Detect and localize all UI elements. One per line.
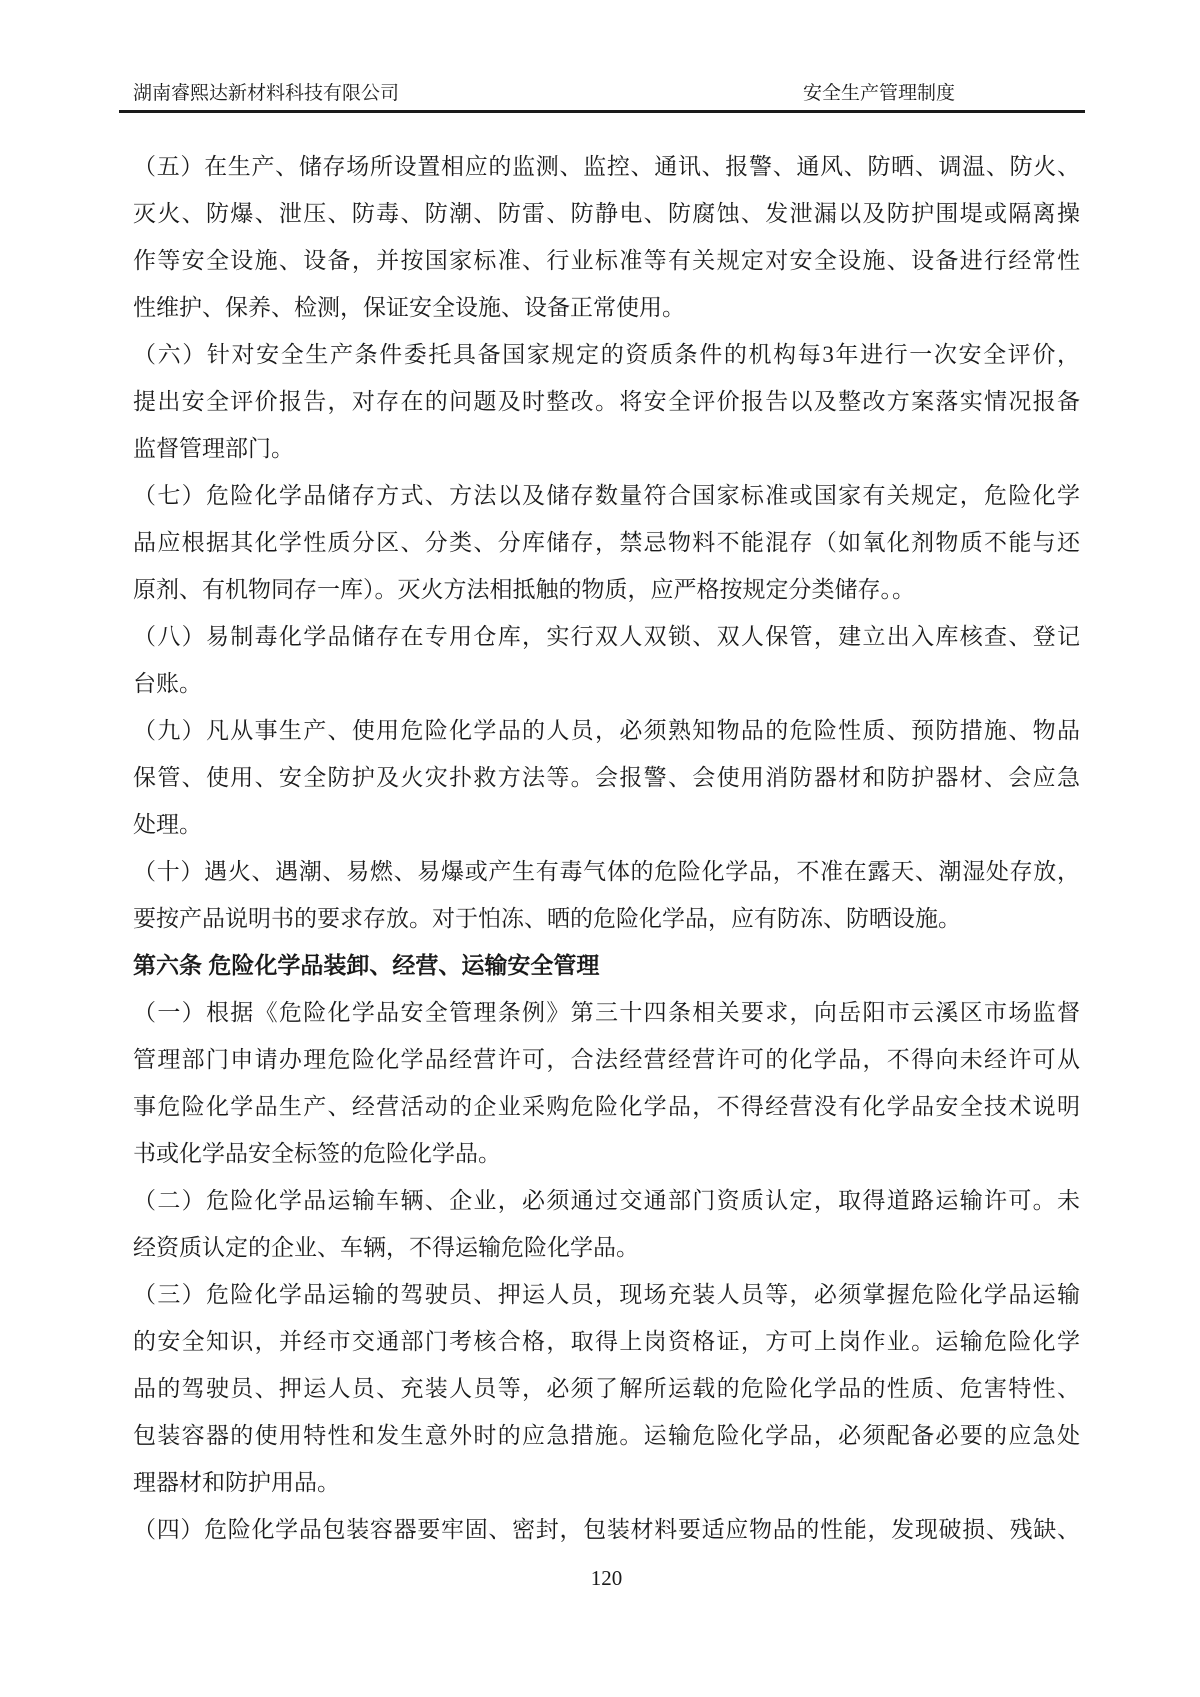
text-line: 经资质认定的企业、车辆，不得运输危险化学品。 bbox=[133, 1224, 1080, 1271]
text-line: （七）危险化学品储存方式、方法以及储存数量符合国家标准或国家有关规定，危险化学 bbox=[133, 472, 1080, 519]
text-line: 原剂、有机物同存一库）。灭火方法相抵触的物质，应严格按规定分类储存。。 bbox=[133, 566, 1080, 613]
text-line: （六）针对安全生产条件委托具备国家规定的资质条件的机构每3年进行一次安全评价， bbox=[133, 331, 1080, 378]
text-line: 事危险化学品生产、经营活动的企业采购危险化学品，不得经营没有化学品安全技术说明 bbox=[133, 1083, 1080, 1130]
document-page: 湖南睿熙达新材料科技有限公司 安全生产管理制度 （五）在生产、储存场所设置相应的… bbox=[0, 0, 1200, 1697]
header-doc-title: 安全生产管理制度 bbox=[803, 78, 955, 105]
text-line: 提出安全评价报告，对存在的问题及时整改。将安全评价报告以及整改方案落实情况报备 bbox=[133, 378, 1080, 425]
text-line: 理器材和防护用品。 bbox=[133, 1459, 1080, 1506]
header-divider bbox=[119, 110, 1085, 113]
text-line: 书或化学品安全标签的危险化学品。 bbox=[133, 1130, 1080, 1177]
text-line: 包装容器的使用特性和发生意外时的应急措施。运输危险化学品，必须配备必要的应急处 bbox=[133, 1412, 1080, 1459]
text-line: （二）危险化学品运输车辆、企业，必须通过交通部门资质认定，取得道路运输许可。未 bbox=[133, 1177, 1080, 1224]
text-line: （四）危险化学品包装容器要牢固、密封，包装材料要适应物品的性能，发现破损、残缺、 bbox=[133, 1506, 1080, 1553]
text-line: 作等安全设施、设备，并按国家标准、行业标准等有关规定对安全设施、设备进行经常性 bbox=[133, 237, 1080, 284]
text-line: 的安全知识，并经市交通部门考核合格，取得上岗资格证，方可上岗作业。运输危险化学 bbox=[133, 1318, 1080, 1365]
text-line: （五）在生产、储存场所设置相应的监测、监控、通讯、报警、通风、防晒、调温、防火、 bbox=[133, 143, 1080, 190]
text-line: （三）危险化学品运输的驾驶员、押运人员，现场充装人员等，必须掌握危险化学品运输 bbox=[133, 1271, 1080, 1318]
page-footer: 120 bbox=[133, 1566, 1080, 1591]
text-line: 品的驾驶员、押运人员、充装人员等，必须了解所运载的危险化学品的性质、危害特性、 bbox=[133, 1365, 1080, 1412]
text-line: 灭火、防爆、泄压、防毒、防潮、防雷、防静电、防腐蚀、发泄漏以及防护围堤或隔离操 bbox=[133, 190, 1080, 237]
text-line: 台账。 bbox=[133, 660, 1080, 707]
text-line: 要按产品说明书的要求存放。对于怕冻、晒的危险化学品，应有防冻、防晒设施。 bbox=[133, 895, 1080, 942]
text-line: 处理。 bbox=[133, 801, 1080, 848]
text-line: （九）凡从事生产、使用危险化学品的人员，必须熟知物品的危险性质、预防措施、物品 bbox=[133, 707, 1080, 754]
text-line: 保管、使用、安全防护及火灾扑救方法等。会报警、会使用消防器材和防护器材、会应急 bbox=[133, 754, 1080, 801]
text-line: （一）根据《危险化学品安全管理条例》第三十四条相关要求，向岳阳市云溪区市场监督 bbox=[133, 989, 1080, 1036]
section-heading: 第六条 危险化学品装卸、经营、运输安全管理 bbox=[133, 942, 1080, 989]
text-line: 品应根据其化学性质分区、分类、分库储存，禁忌物料不能混存（如氧化剂物质不能与还 bbox=[133, 519, 1080, 566]
text-line: （八）易制毒化学品储存在专用仓库，实行双人双锁、双人保管，建立出入库核查、登记 bbox=[133, 613, 1080, 660]
text-line: 性维护、保养、检测，保证安全设施、设备正常使用。 bbox=[133, 284, 1080, 331]
header-company-name: 湖南睿熙达新材料科技有限公司 bbox=[133, 78, 399, 105]
page-number: 120 bbox=[591, 1566, 623, 1590]
text-line: （十）遇火、遇潮、易燃、易爆或产生有毒气体的危险化学品，不准在露天、潮湿处存放， bbox=[133, 848, 1080, 895]
text-line: 管理部门申请办理危险化学品经营许可，合法经营经营许可的化学品，不得向未经许可从 bbox=[133, 1036, 1080, 1083]
document-body: （五）在生产、储存场所设置相应的监测、监控、通讯、报警、通风、防晒、调温、防火、… bbox=[133, 143, 1080, 1553]
text-line: 监督管理部门。 bbox=[133, 425, 1080, 472]
